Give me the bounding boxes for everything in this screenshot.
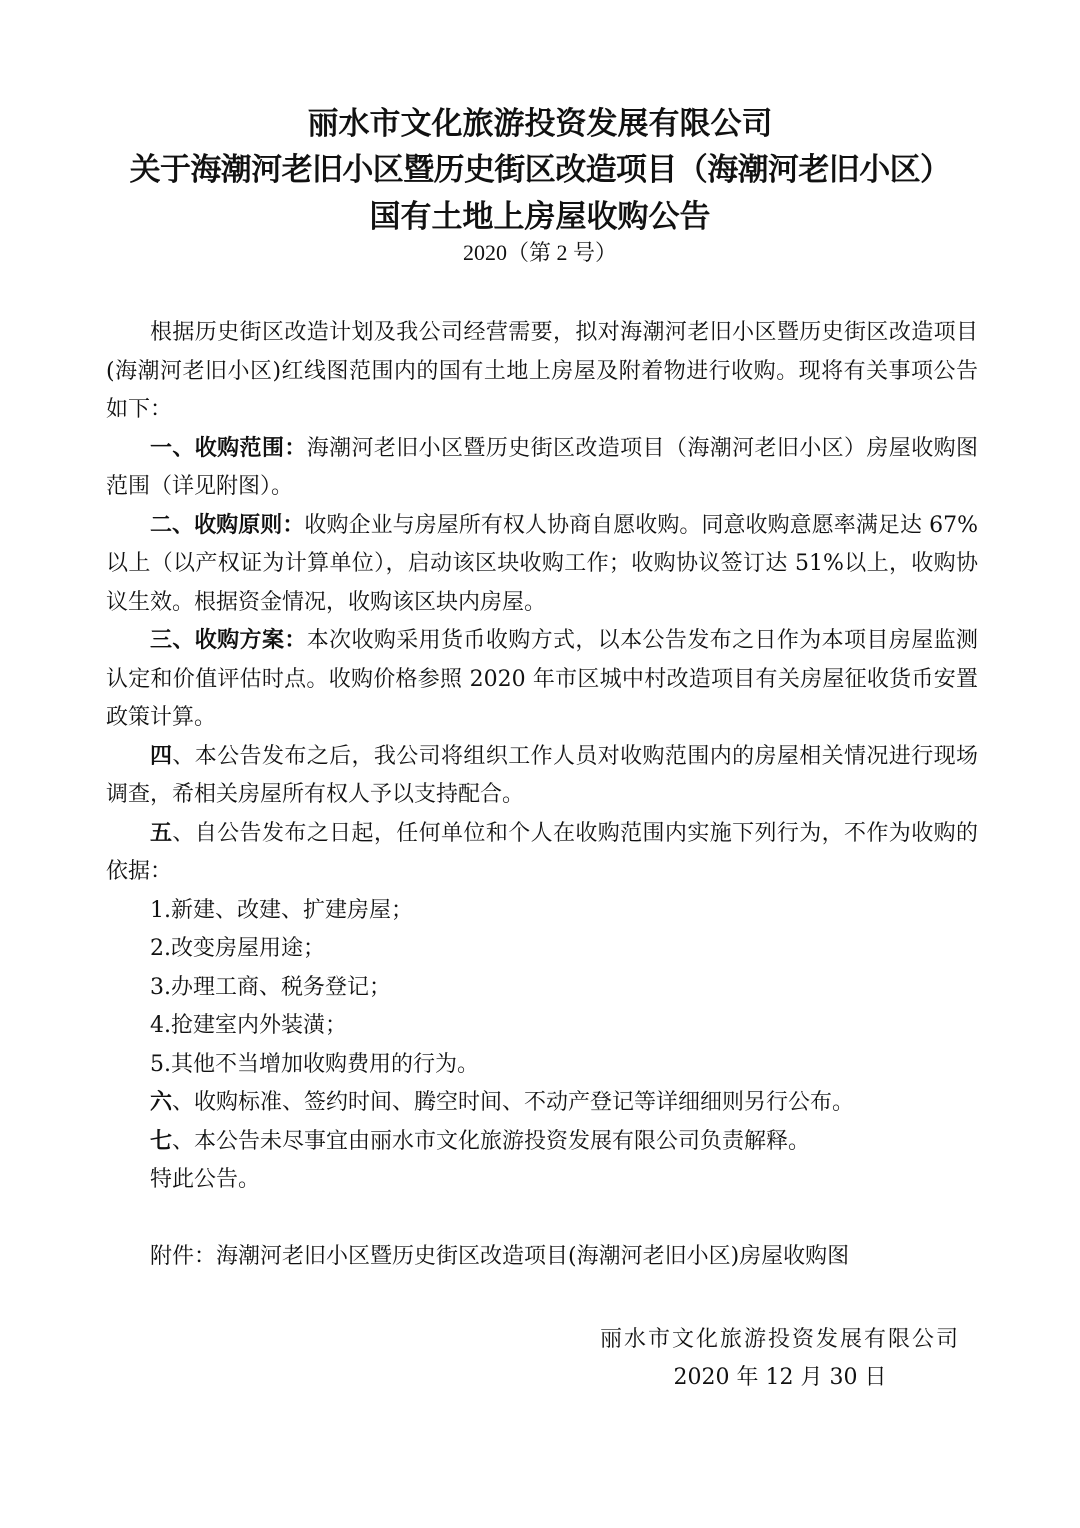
document-title-type: 国有土地上房屋收购公告 [0,191,1080,236]
closing-remark: 特此公告。 [106,1161,978,1200]
section-interpretation: 七、本公告未尽事宜由丽水市文化旅游投资发展有限公司负责解释。 [106,1123,978,1162]
section-standards: 六、收购标准、签约时间、腾空时间、不动产登记等详细细则另行公布。 [106,1084,978,1123]
signature-date: 2020 年 12 月 30 日 [540,1360,1020,1391]
section-text: 、收购标准、签约时间、腾空时间、不动产登记等详细细则另行公布。 [172,1090,854,1115]
document-number: 2020（第 2 号） [0,236,1080,267]
section-scope: 一、收购范围：海潮河老旧小区暨历史街区改造项目（海潮河老旧小区）房屋收购图范围（… [106,430,978,507]
attachment-note: 附件：海潮河老旧小区暨历史街区改造项目(海潮河老旧小区)房屋收购图 [106,1238,978,1277]
list-item: 1.新建、改建、扩建房屋； [106,892,978,931]
signature-company: 丽水市文化旅游投资发展有限公司 [540,1322,1020,1353]
section-restrictions: 五、自公告发布之日起，任何单位和个人在收购范围内实施下列行为，不作为收购的依据： [106,815,978,892]
section-heading: 五 [150,821,172,846]
section-heading: 六 [150,1090,172,1115]
list-item: 3.办理工商、税务登记； [106,969,978,1008]
list-item: 5.其他不当增加收购费用的行为。 [106,1046,978,1085]
section-text: 、本公告发布之后，我公司将组织工作人员对收购范围内的房屋相关情况进行现场调查，希… [106,744,978,808]
section-heading: 四 [150,744,172,769]
section-heading: 一、收购范围： [150,436,307,461]
document-body: 根据历史街区改造计划及我公司经营需要，拟对海潮河老旧小区暨历史街区改造项目(海潮… [106,314,978,1276]
document-title-company: 丽水市文化旅游投资发展有限公司 [0,98,1080,143]
intro-paragraph: 根据历史街区改造计划及我公司经营需要，拟对海潮河老旧小区暨历史街区改造项目(海潮… [106,314,978,430]
section-principle: 二、收购原则：收购企业与房屋所有权人协商自愿收购。同意收购意愿率满足达 67%以… [106,507,978,623]
section-heading: 三、收购方案： [150,628,307,653]
list-item: 4.抢建室内外装潢； [106,1007,978,1046]
section-plan: 三、收购方案：本次收购采用货币收购方式，以本公告发布之日作为本项目房屋监测认定和… [106,622,978,738]
section-text: 、本公告未尽事宜由丽水市文化旅游投资发展有限公司负责解释。 [172,1129,810,1154]
section-investigation: 四、本公告发布之后，我公司将组织工作人员对收购范围内的房屋相关情况进行现场调查，… [106,738,978,815]
section-heading: 二、收购原则： [150,513,304,538]
section-heading: 七 [150,1129,172,1154]
section-text: 、自公告发布之日起，任何单位和个人在收购范围内实施下列行为，不作为收购的依据： [106,821,978,885]
document-title-subject: 关于海潮河老旧小区暨历史街区改造项目（海潮河老旧小区） [0,144,1080,189]
list-item: 2.改变房屋用途； [106,930,978,969]
